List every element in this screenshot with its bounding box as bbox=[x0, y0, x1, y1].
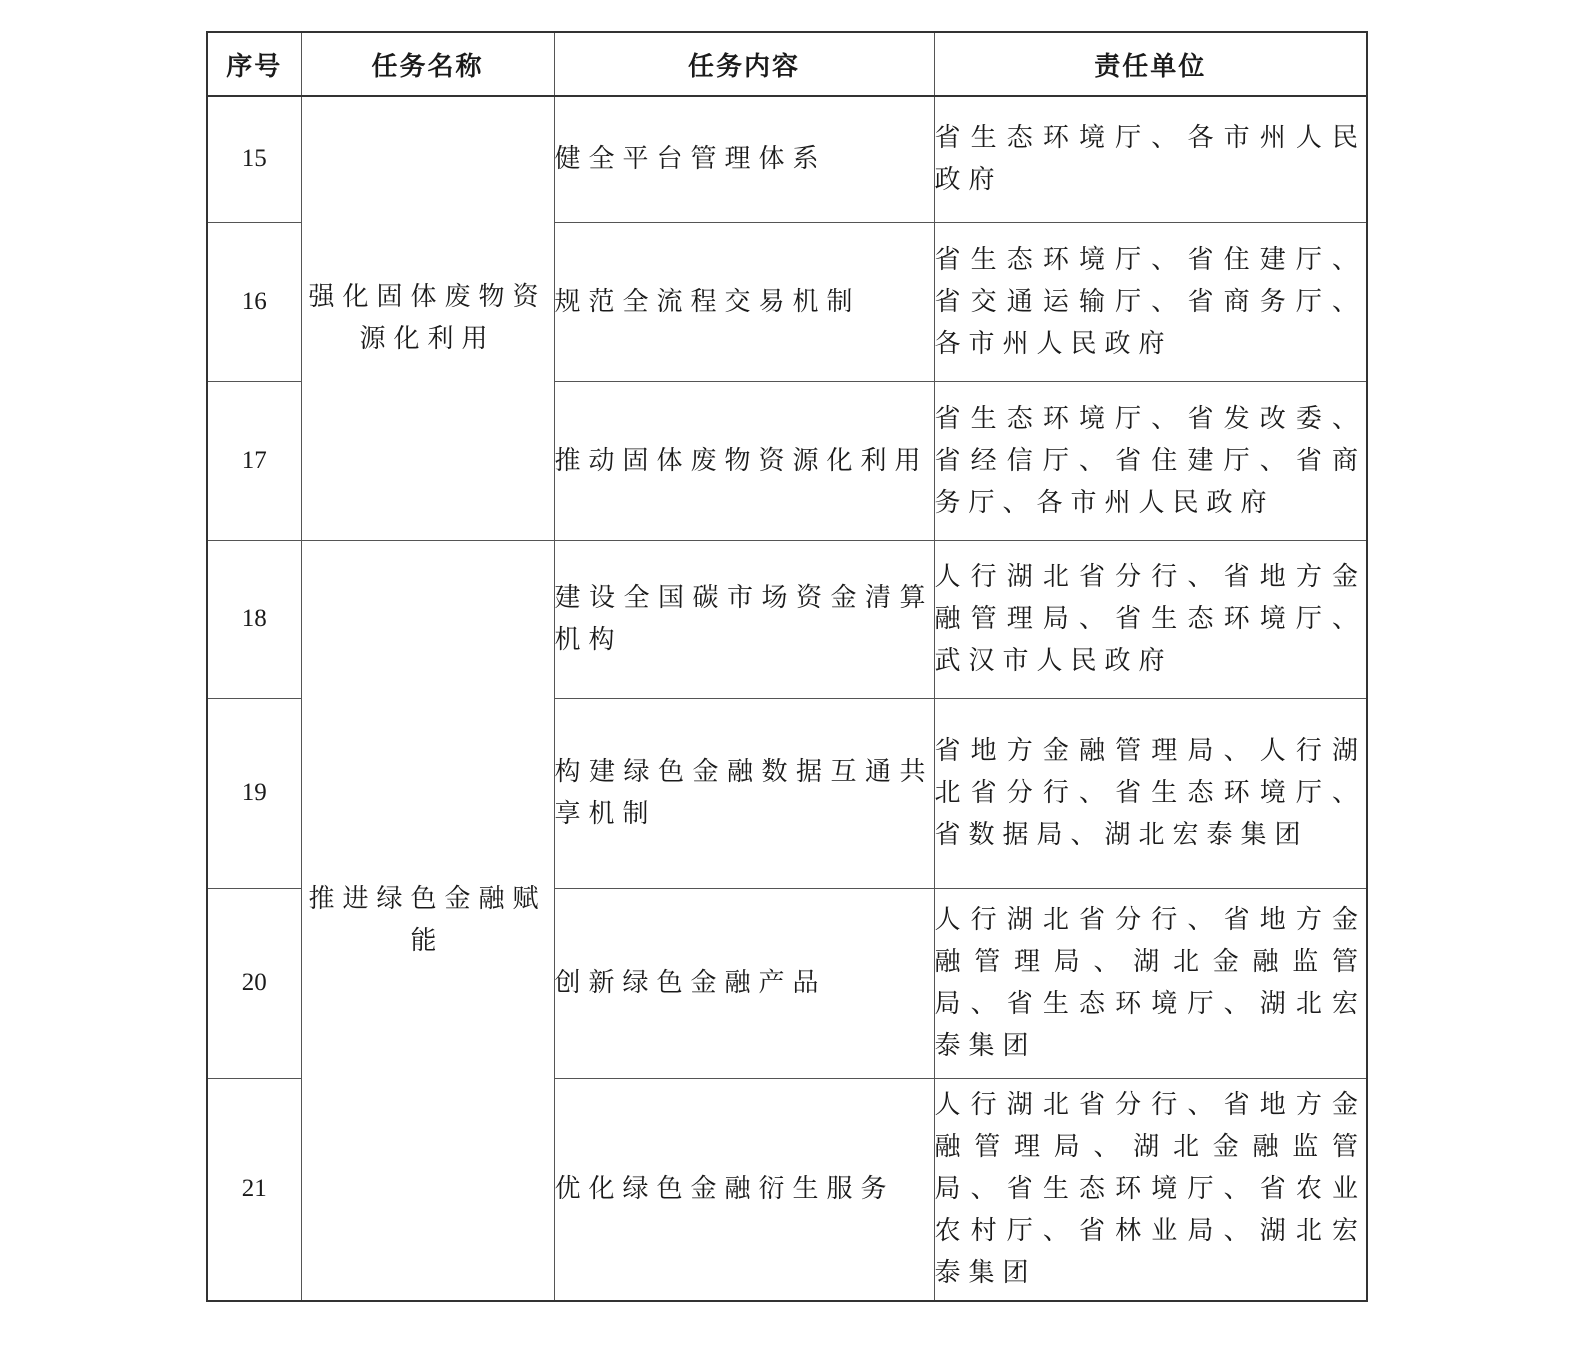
task-content: 建设全国碳市场资金清算机构 bbox=[554, 540, 934, 698]
task-content: 推动固体废物资源化利用 bbox=[554, 381, 934, 540]
header-task-name: 任务名称 bbox=[301, 32, 554, 96]
task-content: 创新绿色金融产品 bbox=[554, 888, 934, 1078]
table-header: 序号 任务名称 任务内容 责任单位 bbox=[207, 32, 1367, 96]
table-row: 18 推进绿色金融赋能 建设全国碳市场资金清算机构 人行湖北省分行、省地方金融管… bbox=[207, 540, 1367, 698]
task-name-group: 强化固体废物资源化利用 bbox=[301, 96, 554, 540]
responsible-unit: 省生态环境厅、省发改委、省经信厅、省住建厅、省商务厅、各市州人民政府 bbox=[934, 381, 1367, 540]
header-row: 序号 任务名称 任务内容 责任单位 bbox=[207, 32, 1367, 96]
row-number: 19 bbox=[207, 698, 301, 888]
row-number: 15 bbox=[207, 96, 301, 222]
row-number: 20 bbox=[207, 888, 301, 1078]
table-body: 15 强化固体废物资源化利用 健全平台管理体系 省生态环境厅、各市州人民政府 1… bbox=[207, 96, 1367, 1301]
responsible-unit: 省生态环境厅、省住建厅、省交通运输厅、省商务厅、各市州人民政府 bbox=[934, 222, 1367, 381]
responsible-unit: 省地方金融管理局、人行湖北省分行、省生态环境厅、省数据局、湖北宏泰集团 bbox=[934, 698, 1367, 888]
row-number: 21 bbox=[207, 1078, 301, 1301]
task-content: 构建绿色金融数据互通共享机制 bbox=[554, 698, 934, 888]
row-number: 16 bbox=[207, 222, 301, 381]
task-name-group: 推进绿色金融赋能 bbox=[301, 540, 554, 1301]
header-task-content: 任务内容 bbox=[554, 32, 934, 96]
table-row: 15 强化固体废物资源化利用 健全平台管理体系 省生态环境厅、各市州人民政府 bbox=[207, 96, 1367, 222]
row-number: 17 bbox=[207, 381, 301, 540]
header-no: 序号 bbox=[207, 32, 301, 96]
task-content: 优化绿色金融衍生服务 bbox=[554, 1078, 934, 1301]
responsible-unit: 人行湖北省分行、省地方金融管理局、省生态环境厅、武汉市人民政府 bbox=[934, 540, 1367, 698]
responsible-unit: 人行湖北省分行、省地方金融管理局、湖北金融监管局、省生态环境厅、湖北宏泰集团 bbox=[934, 888, 1367, 1078]
header-responsible-unit: 责任单位 bbox=[934, 32, 1367, 96]
row-number: 18 bbox=[207, 540, 301, 698]
task-content: 规范全流程交易机制 bbox=[554, 222, 934, 381]
task-content: 健全平台管理体系 bbox=[554, 96, 934, 222]
task-table: 序号 任务名称 任务内容 责任单位 15 强化固体废物资源化利用 健全平台管理体… bbox=[206, 31, 1368, 1302]
responsible-unit: 人行湖北省分行、省地方金融管理局、湖北金融监管局、省生态环境厅、省农业农村厅、省… bbox=[934, 1078, 1367, 1301]
responsible-unit: 省生态环境厅、各市州人民政府 bbox=[934, 96, 1367, 222]
